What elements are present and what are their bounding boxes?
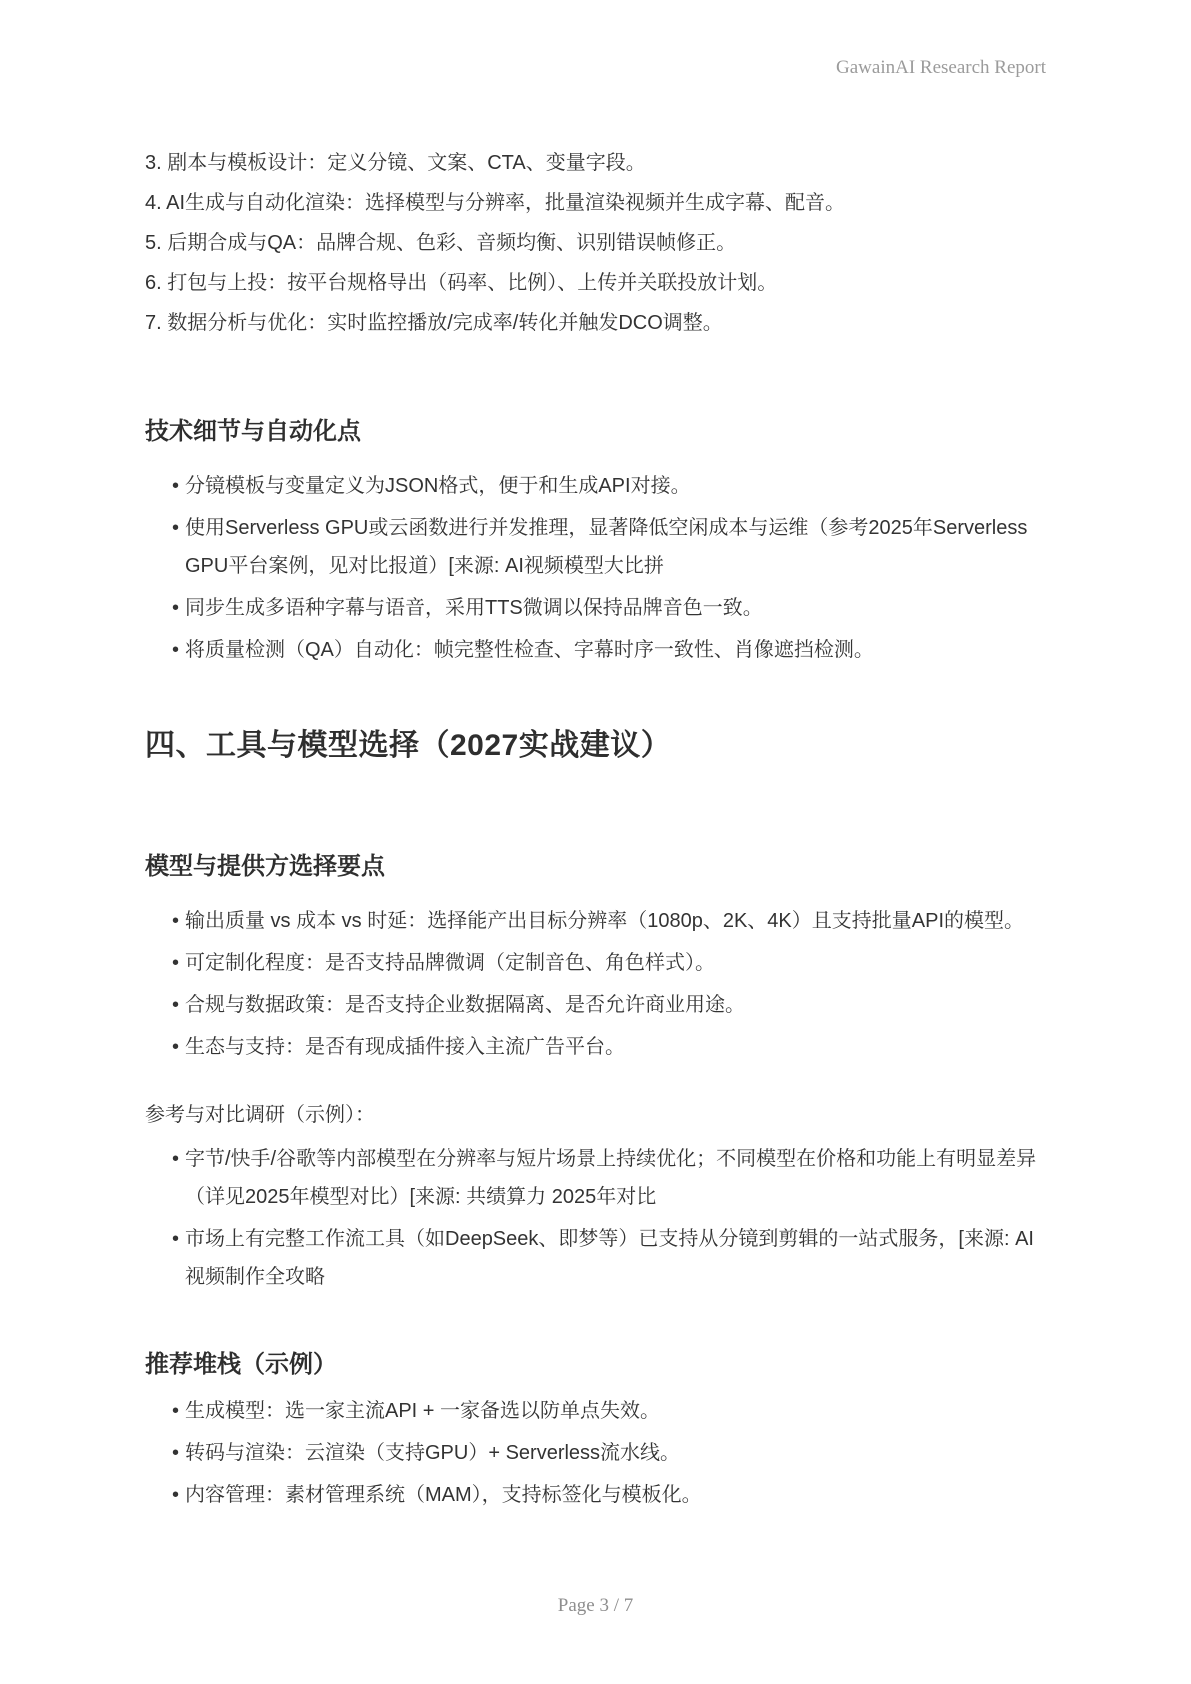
bullet-item: • 市场上有完整工作流工具（如DeepSeek、即梦等）已支持从分镜到剪辑的一站… <box>145 1220 1046 1296</box>
section-heading-model-selection: 模型与提供方选择要点 <box>145 850 1046 884</box>
bullet-text: 转码与渲染：云渲染（支持GPU）+ Serverless流水线。 <box>185 1442 680 1464</box>
bullet-item: • 分镜模板与变量定义为JSON格式，便于和生成API对接。 <box>145 467 1046 505</box>
bullet-text: 内容管理：素材管理系统（MAM），支持标签化与模板化。 <box>185 1484 702 1506</box>
bullet-text: 合规与数据政策：是否支持企业数据隔离、是否允许商业用途。 <box>185 994 745 1016</box>
page-number: Page 3 / 7 <box>558 1595 633 1616</box>
bullet-item: • 合规与数据政策：是否支持企业数据隔离、是否允许商业用途。 <box>145 986 1046 1024</box>
numbered-item: 3. 剧本与模板设计：定义分镜、文案、CTA、变量字段。 <box>145 143 1046 183</box>
bullet-text: 同步生成多语种字幕与语音，采用TTS微调以保持品牌音色一致。 <box>185 597 763 619</box>
bullet-icon: • <box>172 1028 179 1066</box>
bullet-icon: • <box>172 509 179 547</box>
bullet-item: • 字节/快手/谷歌等内部模型在分辨率与短片场景上持续优化；不同模型在价格和功能… <box>145 1140 1046 1216</box>
reference-bullet-list: • 字节/快手/谷歌等内部模型在分辨率与短片场景上持续优化；不同模型在价格和功能… <box>145 1140 1046 1296</box>
bullet-item: • 生态与支持：是否有现成插件接入主流广告平台。 <box>145 1028 1046 1066</box>
reference-intro: 参考与对比调研（示例）： <box>145 1096 1046 1134</box>
bullet-text: 字节/快手/谷歌等内部模型在分辨率与短片场景上持续优化；不同模型在价格和功能上有… <box>185 1148 1036 1208</box>
section-heading-recommended-stack: 推荐堆栈（示例） <box>145 1348 1046 1382</box>
document-page: GawainAI Research Report 3. 剧本与模板设计：定义分镜… <box>0 0 1191 1684</box>
bullet-icon: • <box>172 1140 179 1178</box>
model-bullet-list: • 输出质量 vs 成本 vs 时延：选择能产出目标分辨率（1080p、2K、4… <box>145 902 1046 1066</box>
page-footer: Page 3 / 7 <box>0 1593 1191 1619</box>
bullet-icon: • <box>172 1434 179 1472</box>
bullet-icon: • <box>172 986 179 1024</box>
bullet-icon: • <box>172 1476 179 1514</box>
bullet-text: 可定制化程度：是否支持品牌微调（定制音色、角色样式）。 <box>185 952 715 974</box>
bullet-item: • 同步生成多语种字幕与语音，采用TTS微调以保持品牌音色一致。 <box>145 589 1046 627</box>
bullet-item: • 可定制化程度：是否支持品牌微调（定制音色、角色样式）。 <box>145 944 1046 982</box>
bullet-text: 生态与支持：是否有现成插件接入主流广告平台。 <box>185 1036 625 1058</box>
bullet-item: • 将质量检测（QA）自动化：帧完整性检查、字幕时序一致性、肖像遮挡检测。 <box>145 631 1046 669</box>
bullet-icon: • <box>172 589 179 627</box>
bullet-text: 使用Serverless GPU或云函数进行并发推理，显著降低空闲成本与运维（参… <box>185 517 1027 577</box>
numbered-item: 7. 数据分析与优化：实时监控播放/完成率/转化并触发DCO调整。 <box>145 303 1046 343</box>
bullet-text: 分镜模板与变量定义为JSON格式，便于和生成API对接。 <box>185 475 691 497</box>
bullet-icon: • <box>172 467 179 505</box>
bullet-text: 输出质量 vs 成本 vs 时延：选择能产出目标分辨率（1080p、2K、4K）… <box>185 910 1024 932</box>
bullet-item: • 使用Serverless GPU或云函数进行并发推理，显著降低空闲成本与运维… <box>145 509 1046 585</box>
bullet-icon: • <box>172 1392 179 1430</box>
header-title: GawainAI Research Report <box>836 57 1046 78</box>
numbered-item: 5. 后期合成与QA：品牌合规、色彩、音频均衡、识别错误帧修正。 <box>145 223 1046 263</box>
bullet-item: • 输出质量 vs 成本 vs 时延：选择能产出目标分辨率（1080p、2K、4… <box>145 902 1046 940</box>
bullet-icon: • <box>172 902 179 940</box>
bullet-item: • 生成模型：选一家主流API + 一家备选以防单点失效。 <box>145 1392 1046 1430</box>
bullet-text: 生成模型：选一家主流API + 一家备选以防单点失效。 <box>185 1400 660 1422</box>
numbered-item: 6. 打包与上投：按平台规格导出（码率、比例）、上传并关联投放计划。 <box>145 263 1046 303</box>
bullet-text: 市场上有完整工作流工具（如DeepSeek、即梦等）已支持从分镜到剪辑的一站式服… <box>185 1228 1034 1288</box>
section-heading-tech-details: 技术细节与自动化点 <box>145 415 1046 449</box>
chapter-heading: 四、工具与模型选择（2027实战建议） <box>145 724 1046 768</box>
bullet-item: • 转码与渲染：云渲染（支持GPU）+ Serverless流水线。 <box>145 1434 1046 1472</box>
stack-bullet-list: • 生成模型：选一家主流API + 一家备选以防单点失效。 • 转码与渲染：云渲… <box>145 1392 1046 1514</box>
bullet-icon: • <box>172 631 179 669</box>
bullet-text: 将质量检测（QA）自动化：帧完整性检查、字幕时序一致性、肖像遮挡检测。 <box>185 639 874 661</box>
page-body: 3. 剧本与模板设计：定义分镜、文案、CTA、变量字段。 4. AI生成与自动化… <box>145 143 1046 1514</box>
numbered-item: 4. AI生成与自动化渲染：选择模型与分辨率，批量渲染视频并生成字幕、配音。 <box>145 183 1046 223</box>
page-header: GawainAI Research Report <box>145 0 1046 81</box>
bullet-icon: • <box>172 1220 179 1258</box>
workflow-numbered-list: 3. 剧本与模板设计：定义分镜、文案、CTA、变量字段。 4. AI生成与自动化… <box>145 143 1046 343</box>
bullet-item: • 内容管理：素材管理系统（MAM），支持标签化与模板化。 <box>145 1476 1046 1514</box>
bullet-icon: • <box>172 944 179 982</box>
tech-bullet-list: • 分镜模板与变量定义为JSON格式，便于和生成API对接。 • 使用Serve… <box>145 467 1046 669</box>
